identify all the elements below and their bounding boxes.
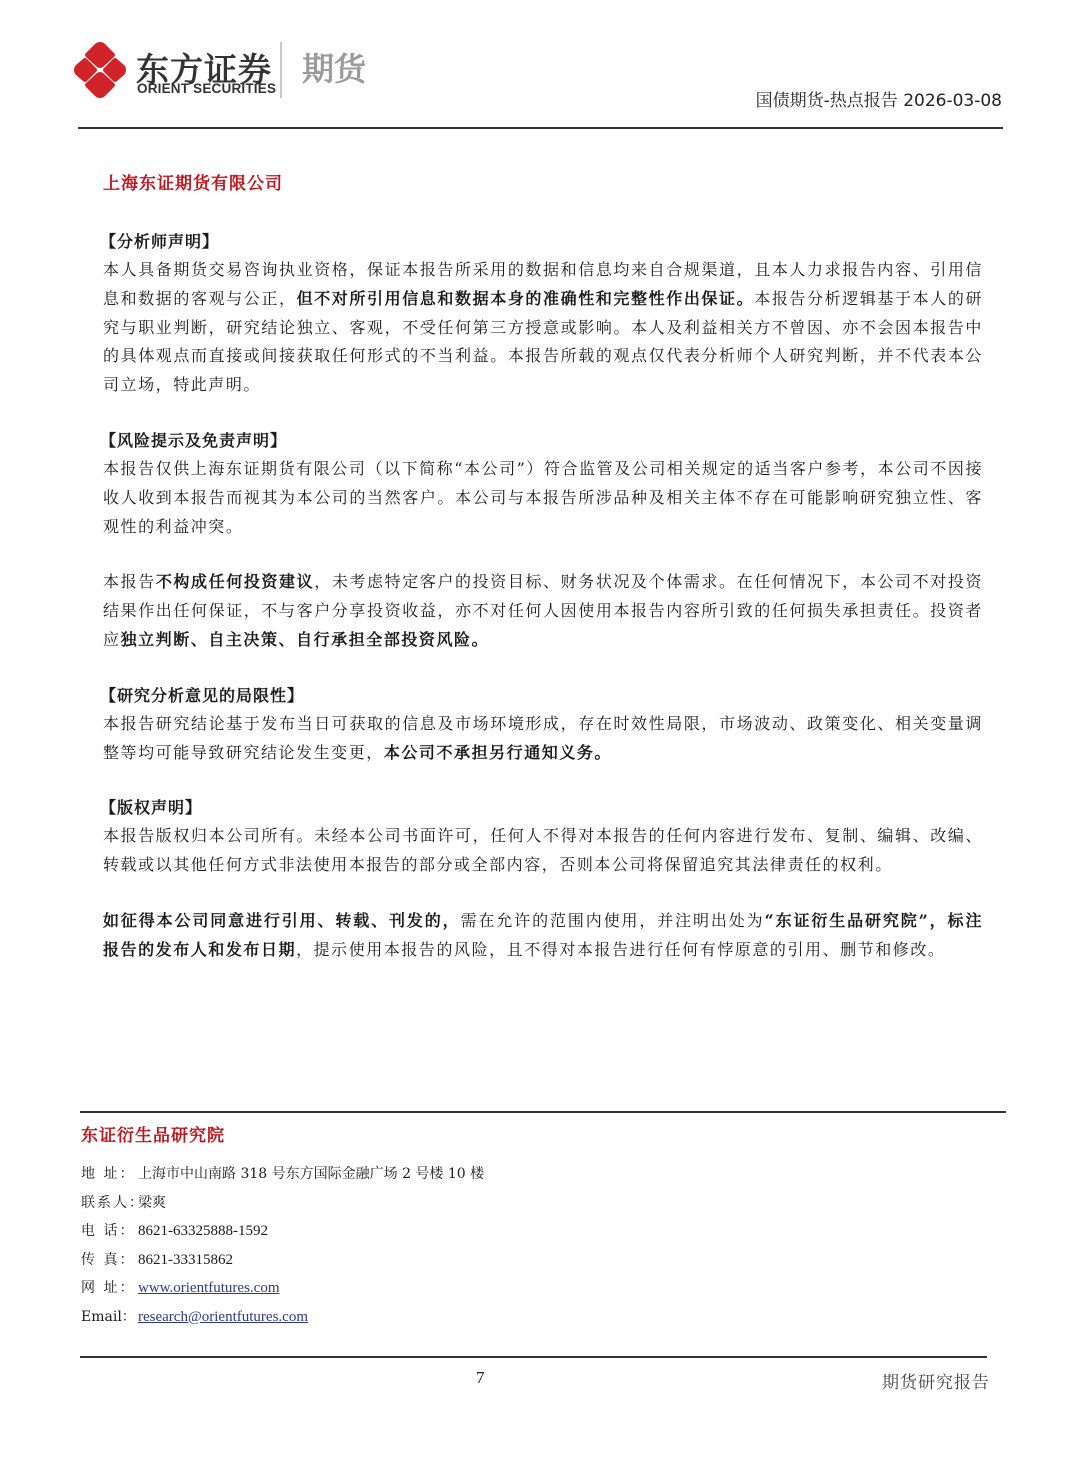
- disclaimer-content: 上海东证期货有限公司 【分析师声明】 本人具备期货交易咨询执业资格，保证本报告所…: [103, 170, 983, 992]
- contact-person: 联系人：梁爽: [81, 1189, 484, 1218]
- website-link[interactable]: www.orientfutures.com: [138, 1280, 280, 1296]
- section-title: 【分析师声明】: [100, 228, 983, 256]
- orient-securities-logo-icon: [72, 40, 128, 100]
- contact-phone: 电 话：8621-63325888-1592: [81, 1217, 484, 1246]
- footer-divider-bottom: [80, 1356, 987, 1358]
- brand-divider: [280, 42, 282, 98]
- copyright-text-2: 如征得本公司同意进行引用、转载、刊发的，需在允许的范围内使用，并注明出处为“东证…: [103, 907, 983, 965]
- section-title: 【版权声明】: [100, 794, 983, 822]
- contact-info: 地 址：上海市中山南路 318 号东方国际金融广场 2 号楼 10 楼 联系人：…: [81, 1160, 484, 1331]
- contact-address: 地 址：上海市中山南路 318 号东方国际金融广场 2 号楼 10 楼: [81, 1160, 484, 1189]
- risk-disclaimer-text-1: 本报告仅供上海东证期货有限公司（以下简称“本公司”）符合监管及公司相关规定的适当…: [103, 455, 983, 541]
- risk-disclaimer-text-2: 本报告不构成任何投资建议，未考虑特定客户的投资目标、财务状况及个体需求。在任何情…: [103, 568, 983, 654]
- analyst-statement-section: 【分析师声明】 本人具备期货交易咨询执业资格，保证本报告所采用的数据和信息均来自…: [103, 228, 983, 400]
- section-title: 【风险提示及免责声明】: [100, 427, 983, 455]
- header-divider: [78, 127, 1003, 129]
- footer-divider-top: [80, 1111, 1006, 1113]
- email-link[interactable]: research@orientfutures.com: [138, 1309, 308, 1325]
- contact-website: 网 址：www.orientfutures.com: [81, 1274, 484, 1303]
- report-title: 国债期货-热点报告 2026-03-08: [756, 86, 1002, 111]
- contact-fax: 传 真：8621-33315862: [81, 1246, 484, 1275]
- section-title: 【研究分析意见的局限性】: [100, 682, 983, 710]
- brand-subtitle: 期货: [302, 44, 366, 90]
- copyright-section: 【版权声明】 本报告版权归本公司所有。未经本公司书面许可，任何人不得对本报告的任…: [103, 794, 983, 964]
- limitation-section: 【研究分析意见的局限性】 本报告研究结论基于发布当日可获取的信息及市场环境形成，…: [103, 682, 983, 768]
- page-header: 东方证券 ORIENT SECURITIES 期货 国债期货-热点报告 2026…: [0, 0, 1080, 130]
- analyst-statement-text: 本人具备期货交易咨询执业资格，保证本报告所采用的数据和信息均来自合规渠道，且本人…: [103, 256, 983, 400]
- footer-report-type: 期货研究报告: [882, 1368, 990, 1393]
- company-name: 上海东证期货有限公司: [103, 170, 983, 198]
- brand-name-en: ORIENT SECURITIES: [137, 81, 276, 96]
- limitation-text: 本报告研究结论基于发布当日可获取的信息及市场环境形成，存在时效性局限，市场波动、…: [103, 710, 983, 768]
- contact-email: Email：research@orientfutures.com: [81, 1303, 484, 1332]
- footer-org-name: 东证衍生品研究院: [81, 1121, 225, 1146]
- copyright-text-1: 本报告版权归本公司所有。未经本公司书面许可，任何人不得对本报告的任何内容进行发布…: [103, 822, 983, 880]
- risk-disclaimer-section: 【风险提示及免责声明】 本报告仅供上海东证期货有限公司（以下简称“本公司”）符合…: [103, 427, 983, 655]
- page-number: 7: [476, 1368, 485, 1388]
